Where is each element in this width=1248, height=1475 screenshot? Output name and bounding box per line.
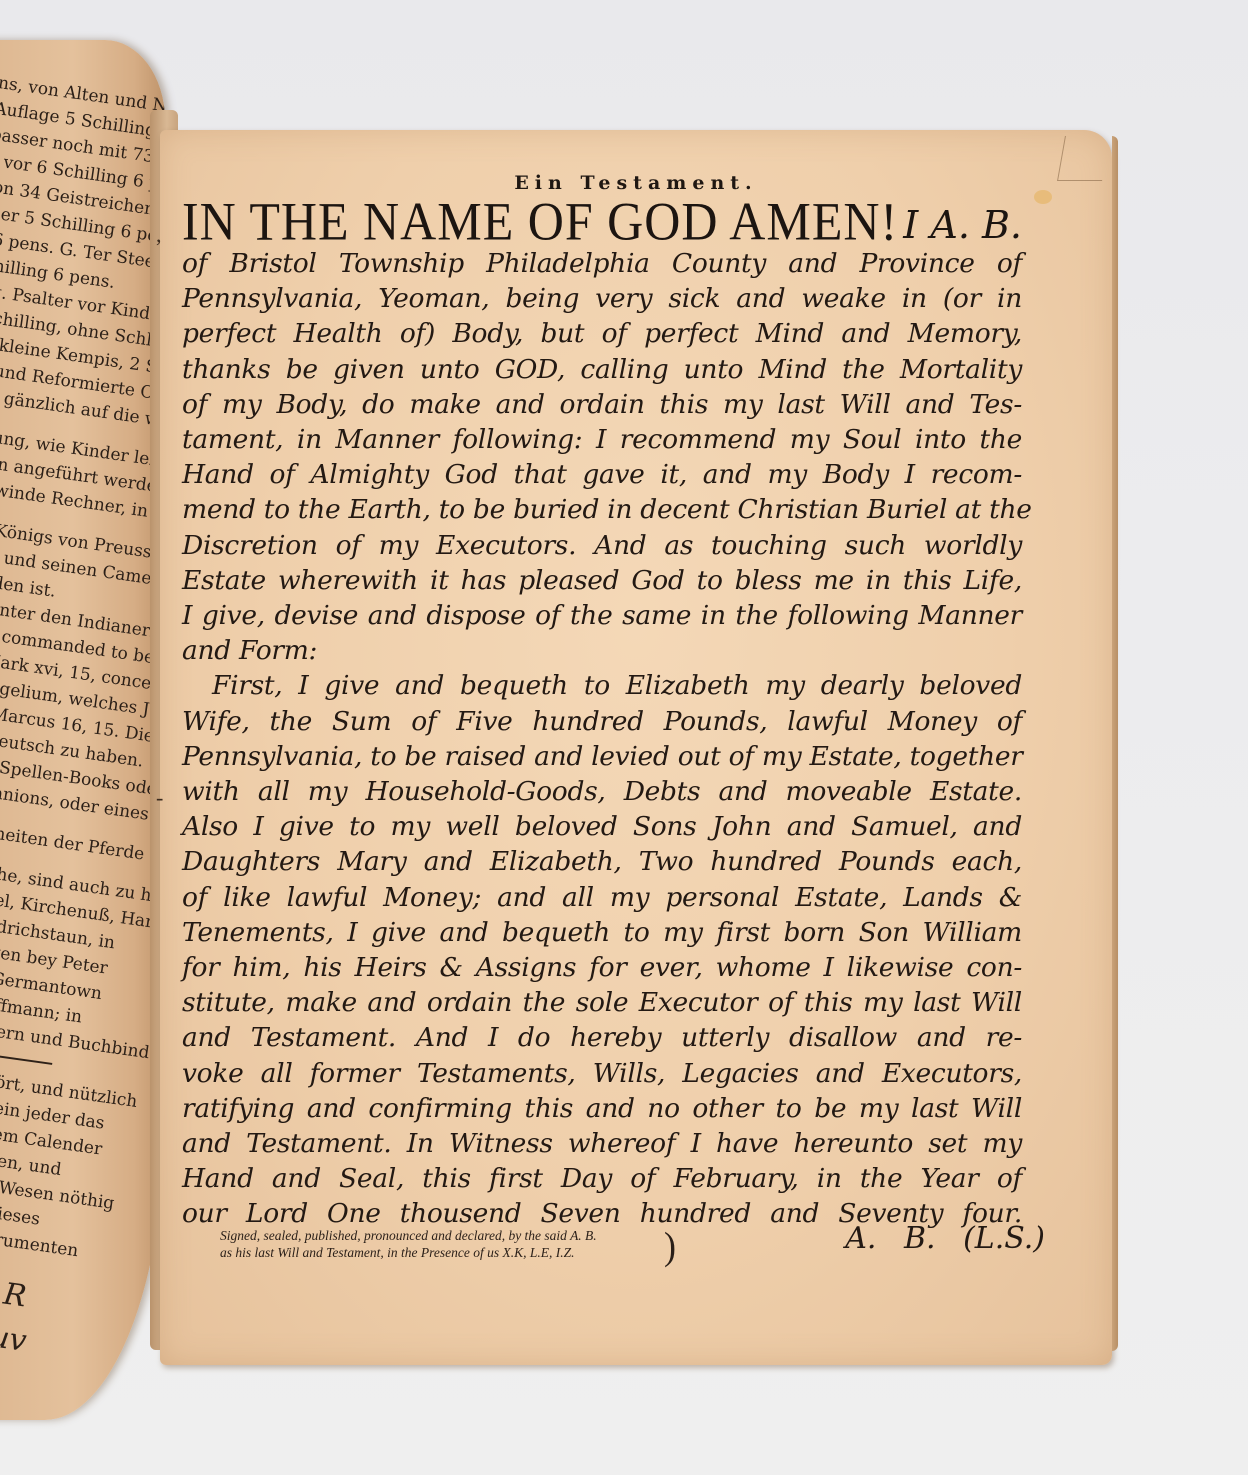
body-line: Tenements, I give and bequeth to my firs… (182, 915, 1022, 950)
attestation-line-1: Signed, sealed, published, pronounced an… (220, 1227, 597, 1244)
body-line: Daughters Mary and Elizabeth, Two hundre… (182, 844, 1022, 879)
body-line: I give, devise and dispose of the same i… (182, 598, 1022, 633)
body-line: ratifying and confirming this and no oth… (182, 1091, 1022, 1126)
attestation-clause: Signed, sealed, published, pronounced an… (220, 1227, 597, 1261)
body-line: stitute, make and ordain the sole Execut… (182, 985, 1022, 1020)
body-line: with all my Household-Goods, Debts and m… (182, 774, 1022, 809)
open-book: ns, von Alten und Neuen auserlesenen Auf… (0, 0, 1248, 1475)
body-line: Pennsylvania, Yeoman, being very sick an… (182, 281, 1022, 316)
body-line: voke all former Testaments, Wills, Legac… (182, 1056, 1022, 1091)
body-line: Discretion of my Executors. And as touch… (182, 528, 1022, 563)
left-facing-page: ns, von Alten und Neuen auserlesenen Auf… (0, 40, 165, 1420)
testament-page: Ein Testament. IN THE NAME OF GOD AMEN! … (160, 130, 1112, 1365)
alphabet-uppercase: M N O P Q R (0, 1248, 3, 1315)
testament-body: of Bristol Township Philadelphia County … (182, 246, 1022, 1232)
body-line: of like lawful Money; and all my persona… (182, 880, 1022, 915)
body-line: of Bristol Township Philadelphia County … (182, 246, 1022, 281)
body-line: mend to the Earth, to be buried in decen… (182, 492, 1022, 527)
title-row: IN THE NAME OF GOD AMEN! I A. B. (182, 192, 1022, 250)
body-line: Wife, the Sum of Five hundred Pounds, la… (182, 704, 1022, 739)
body-line: and Form: (182, 633, 1022, 668)
margin-mark: - (156, 785, 163, 811)
testator-initials: I A. B. (903, 203, 1022, 247)
body-line: Estate wherewith it has pleased God to b… (182, 563, 1022, 598)
margin-mark: , (156, 222, 162, 248)
left-page-text: ns, von Alten und Neuen auserlesenen Auf… (0, 70, 165, 1359)
body-line: tament, in Manner following: I recommend… (182, 422, 1022, 457)
body-line: of my Body, do make and ordain this my l… (182, 387, 1022, 422)
body-line: Pennsylvania, to be raised and levied ou… (182, 739, 1022, 774)
body-line: and Testament. And I do hereby utterly d… (182, 1020, 1022, 1055)
body-line: for him, his Heirs & Assigns for ever, w… (182, 950, 1022, 985)
signature-block: Signed, sealed, published, pronounced an… (220, 1227, 1020, 1267)
signature: A. B. (L.S.) (845, 1221, 1045, 1256)
body-line: Also I give to my well beloved Sons John… (182, 809, 1022, 844)
body-line: and Testament. In Witness whereof I have… (182, 1126, 1022, 1161)
attestation-line-2: as his last Will and Testament, in the P… (220, 1244, 597, 1261)
body-line: Hand of Almighty God that gave it, and m… (182, 457, 1022, 492)
page-title: IN THE NAME OF GOD AMEN! (182, 190, 898, 253)
body-line: thanks be given unto GOD, calling unto M… (182, 352, 1022, 387)
body-line: perfect Health of) Body, but of perfect … (182, 316, 1022, 351)
brace: ) (664, 1223, 676, 1269)
body-line: Hand and Seal, this first Day of Februar… (182, 1161, 1022, 1196)
body-line: First, I give and bequeth to Elizabeth m… (182, 668, 1022, 703)
